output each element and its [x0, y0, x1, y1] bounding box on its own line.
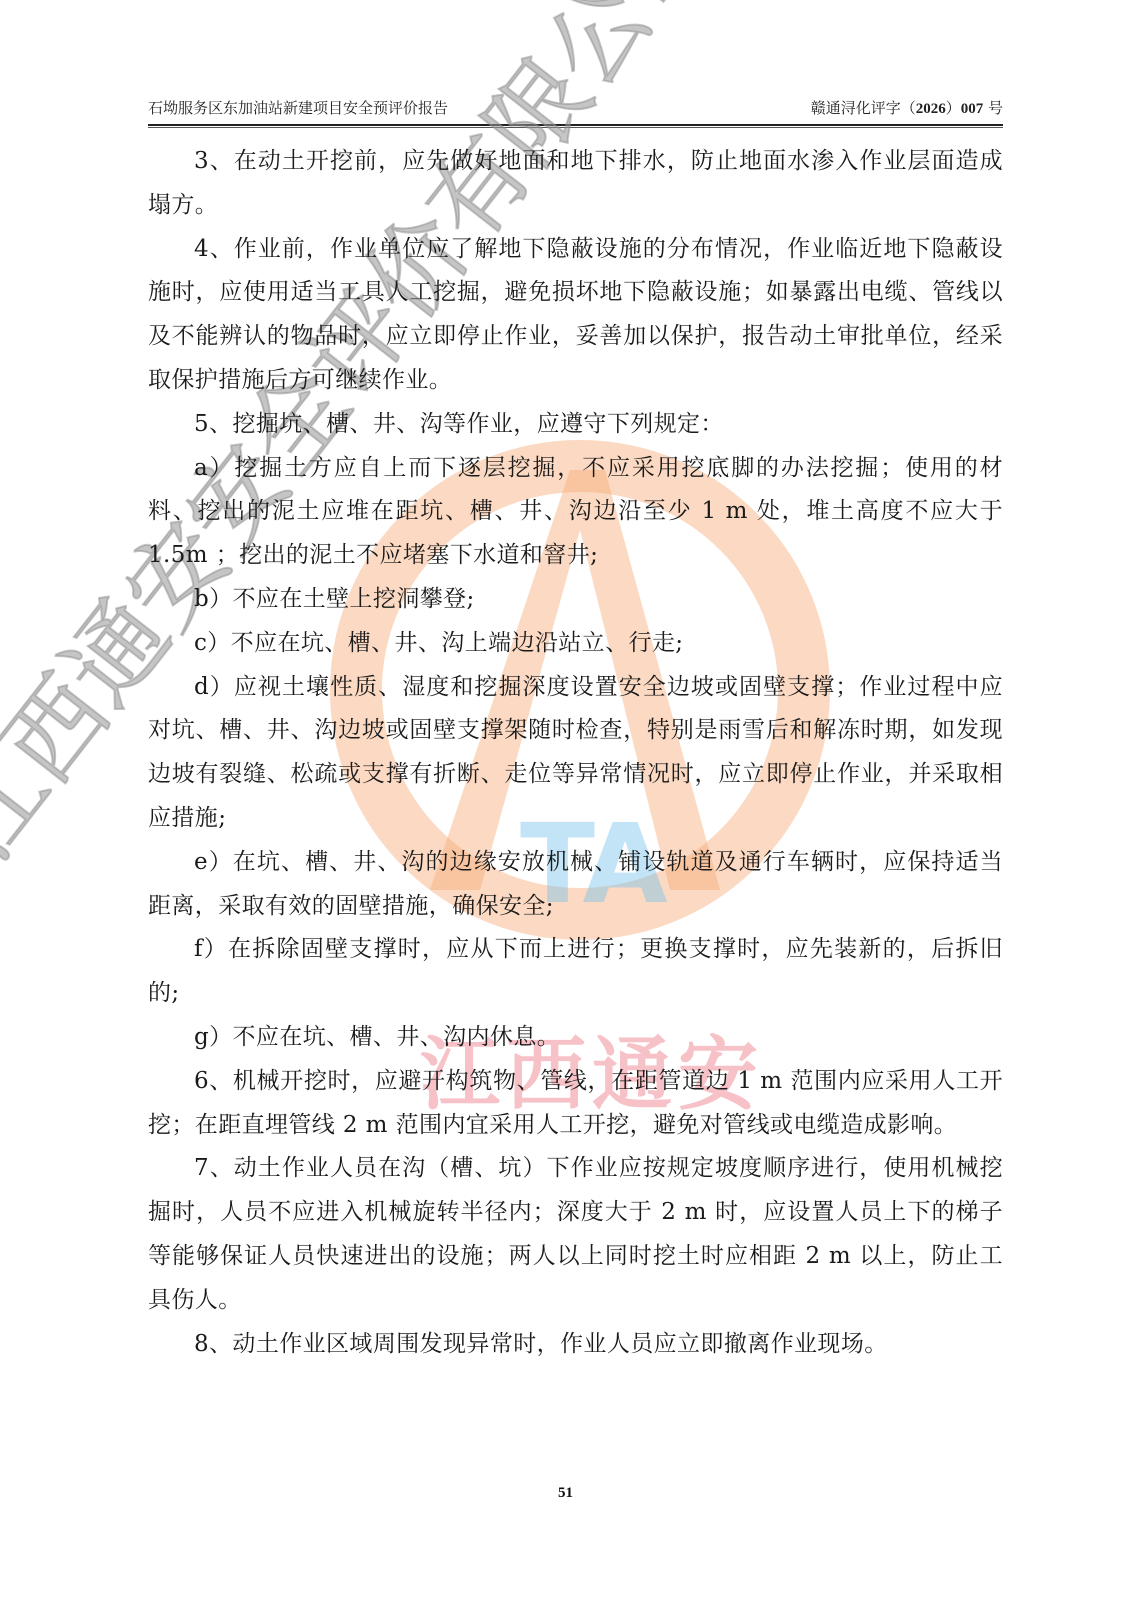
paragraph: d）应视土壤性质、湿度和挖掘深度设置安全边坡或固壁支撑；作业过程中应对坑、槽、井…	[148, 666, 1003, 841]
paragraph: c）不应在坑、槽、井、沟上端边沿站立、行走;	[148, 622, 1003, 666]
paragraph: 3、在动土开挖前，应先做好地面和地下排水，防止地面水渗入作业层面造成塌方。	[148, 140, 1003, 228]
paragraph: g）不应在坑、槽、井、沟内休息。	[148, 1016, 1003, 1060]
paragraph: 6、机械开挖时，应避开构筑物、管线，在距管道边 1 m 范围内应采用人工开挖；在…	[148, 1060, 1003, 1148]
body-text: 3、在动土开挖前，应先做好地面和地下排水，防止地面水渗入作业层面造成塌方。 4、…	[148, 140, 1003, 1366]
paragraph: 5、挖掘坑、槽、井、沟等作业，应遵守下列规定：	[148, 403, 1003, 447]
paragraph: 4、作业前，作业单位应了解地下隐蔽设施的分布情况，作业临近地下隐蔽设施时，应使用…	[148, 228, 1003, 403]
document-page: 石坳服务区东加油站新建项目安全预评价报告 赣通浔化评字（2026）007 号 T…	[0, 0, 1131, 1600]
paragraph: 7、动土作业人员在沟（槽、坑）下作业应按规定坡度顺序进行，使用机械挖掘时，人员不…	[148, 1147, 1003, 1322]
header-divider-thin	[148, 127, 1003, 128]
page-number: 51	[0, 1485, 1131, 1502]
paragraph: e）在坑、槽、井、沟的边缘安放机械、铺设轨道及通行车辆时，应保持适当距离，采取有…	[148, 841, 1003, 929]
paragraph: 8、动土作业区域周围发现异常时，作业人员应立即撤离作业现场。	[148, 1323, 1003, 1367]
header-divider	[148, 124, 1003, 126]
report-title: 石坳服务区东加油站新建项目安全预评价报告	[148, 97, 448, 118]
page-header: 石坳服务区东加油站新建项目安全预评价报告 赣通浔化评字（2026）007 号	[148, 97, 1003, 121]
paragraph: f）在拆除固壁支撑时，应从下而上进行；更换支撑时，应先装新的，后拆旧的;	[148, 928, 1003, 1016]
paragraph: b）不应在土壁上挖洞攀登;	[148, 578, 1003, 622]
report-number: 赣通浔化评字（2026）007 号	[811, 97, 1003, 118]
paragraph: a）挖掘土方应自上而下逐层挖掘，不应采用挖底脚的办法挖掘；使用的材料、挖出的泥土…	[148, 447, 1003, 578]
